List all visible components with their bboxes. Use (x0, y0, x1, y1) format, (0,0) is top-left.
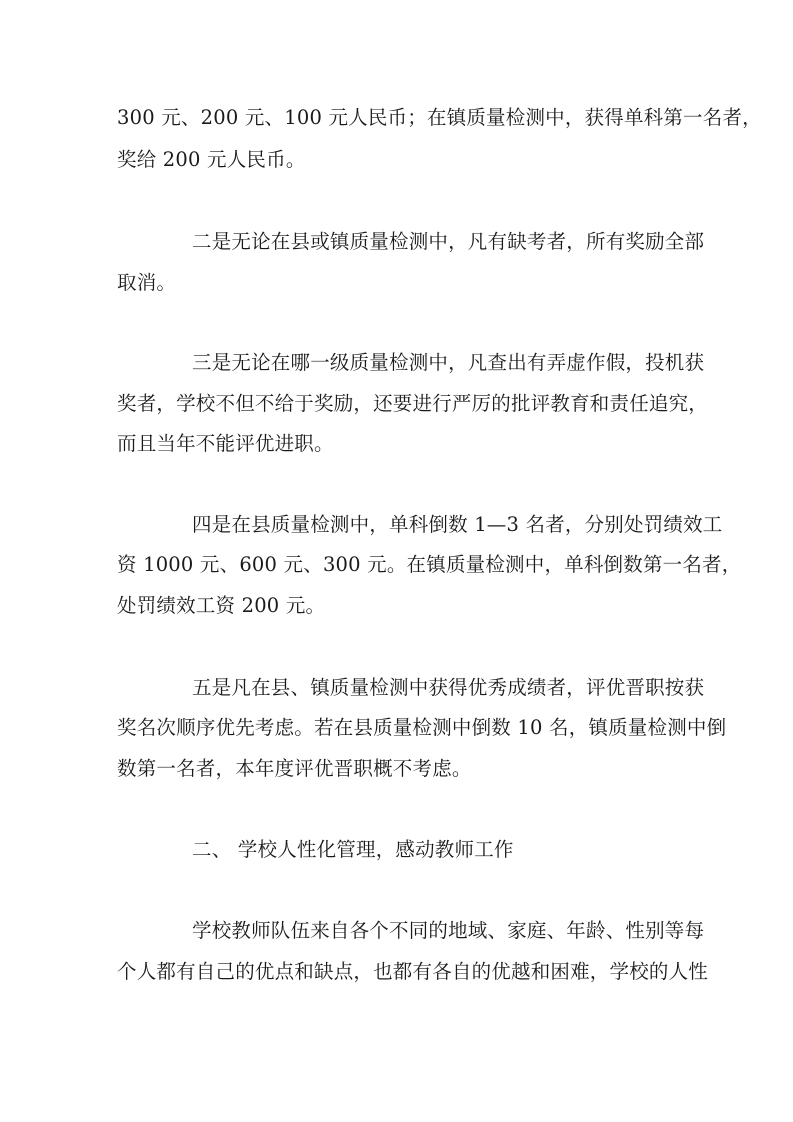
paragraph-5-line-3: 数第一名者，本年度评优晋职概不考虑。 (117, 756, 687, 782)
paragraph-3-line-2: 奖者，学校不但不给于奖励，还要进行严厉的批评教育和责任追究， (117, 391, 687, 417)
paragraph-5-line-2: 奖名次顺序优先考虑。若在县质量检测中倒数 10 名，镇质量检测中倒 (117, 715, 687, 741)
paragraph-4-line-3: 处罚绩效工资 200 元。 (117, 593, 687, 619)
paragraph-1-line-2: 奖给 200 元人民币。 (117, 147, 687, 173)
paragraph-2-line-2: 取消。 (117, 270, 687, 296)
paragraph-6-line-2: 个人都有自己的优点和缺点，也都有各自的优越和困难，学校的人性 (117, 959, 687, 985)
paragraph-2-line-1: 二是无论在县或镇质量检测中，凡有缺考者，所有奖励全部 (192, 229, 762, 255)
paragraph-3-line-3: 而且当年不能评优进职。 (117, 431, 687, 457)
section-heading: 二、 学校人性化管理，感动教师工作 (192, 837, 762, 863)
document-page: 300 元、200 元、100 元人民币；在镇质量检测中，获得单科第一名者， 奖… (0, 0, 793, 1122)
paragraph-1-line-1: 300 元、200 元、100 元人民币；在镇质量检测中，获得单科第一名者， (117, 105, 687, 131)
paragraph-4-line-2: 资 1000 元、600 元、300 元。在镇质量检测中，单科倒数第一名者， (117, 552, 687, 578)
paragraph-5-line-1: 五是凡在县、镇质量检测中获得优秀成绩者，评优晋职按获 (192, 675, 762, 701)
paragraph-3-line-1: 三是无论在哪一级质量检测中，凡查出有弄虚作假，投机获 (192, 350, 762, 376)
paragraph-4-line-1: 四是在县质量检测中，单科倒数 1—3 名者，分别处罚绩效工 (192, 512, 762, 538)
paragraph-6-line-1: 学校教师队伍来自各个不同的地域、家庭、年龄、性别等每 (192, 918, 762, 944)
